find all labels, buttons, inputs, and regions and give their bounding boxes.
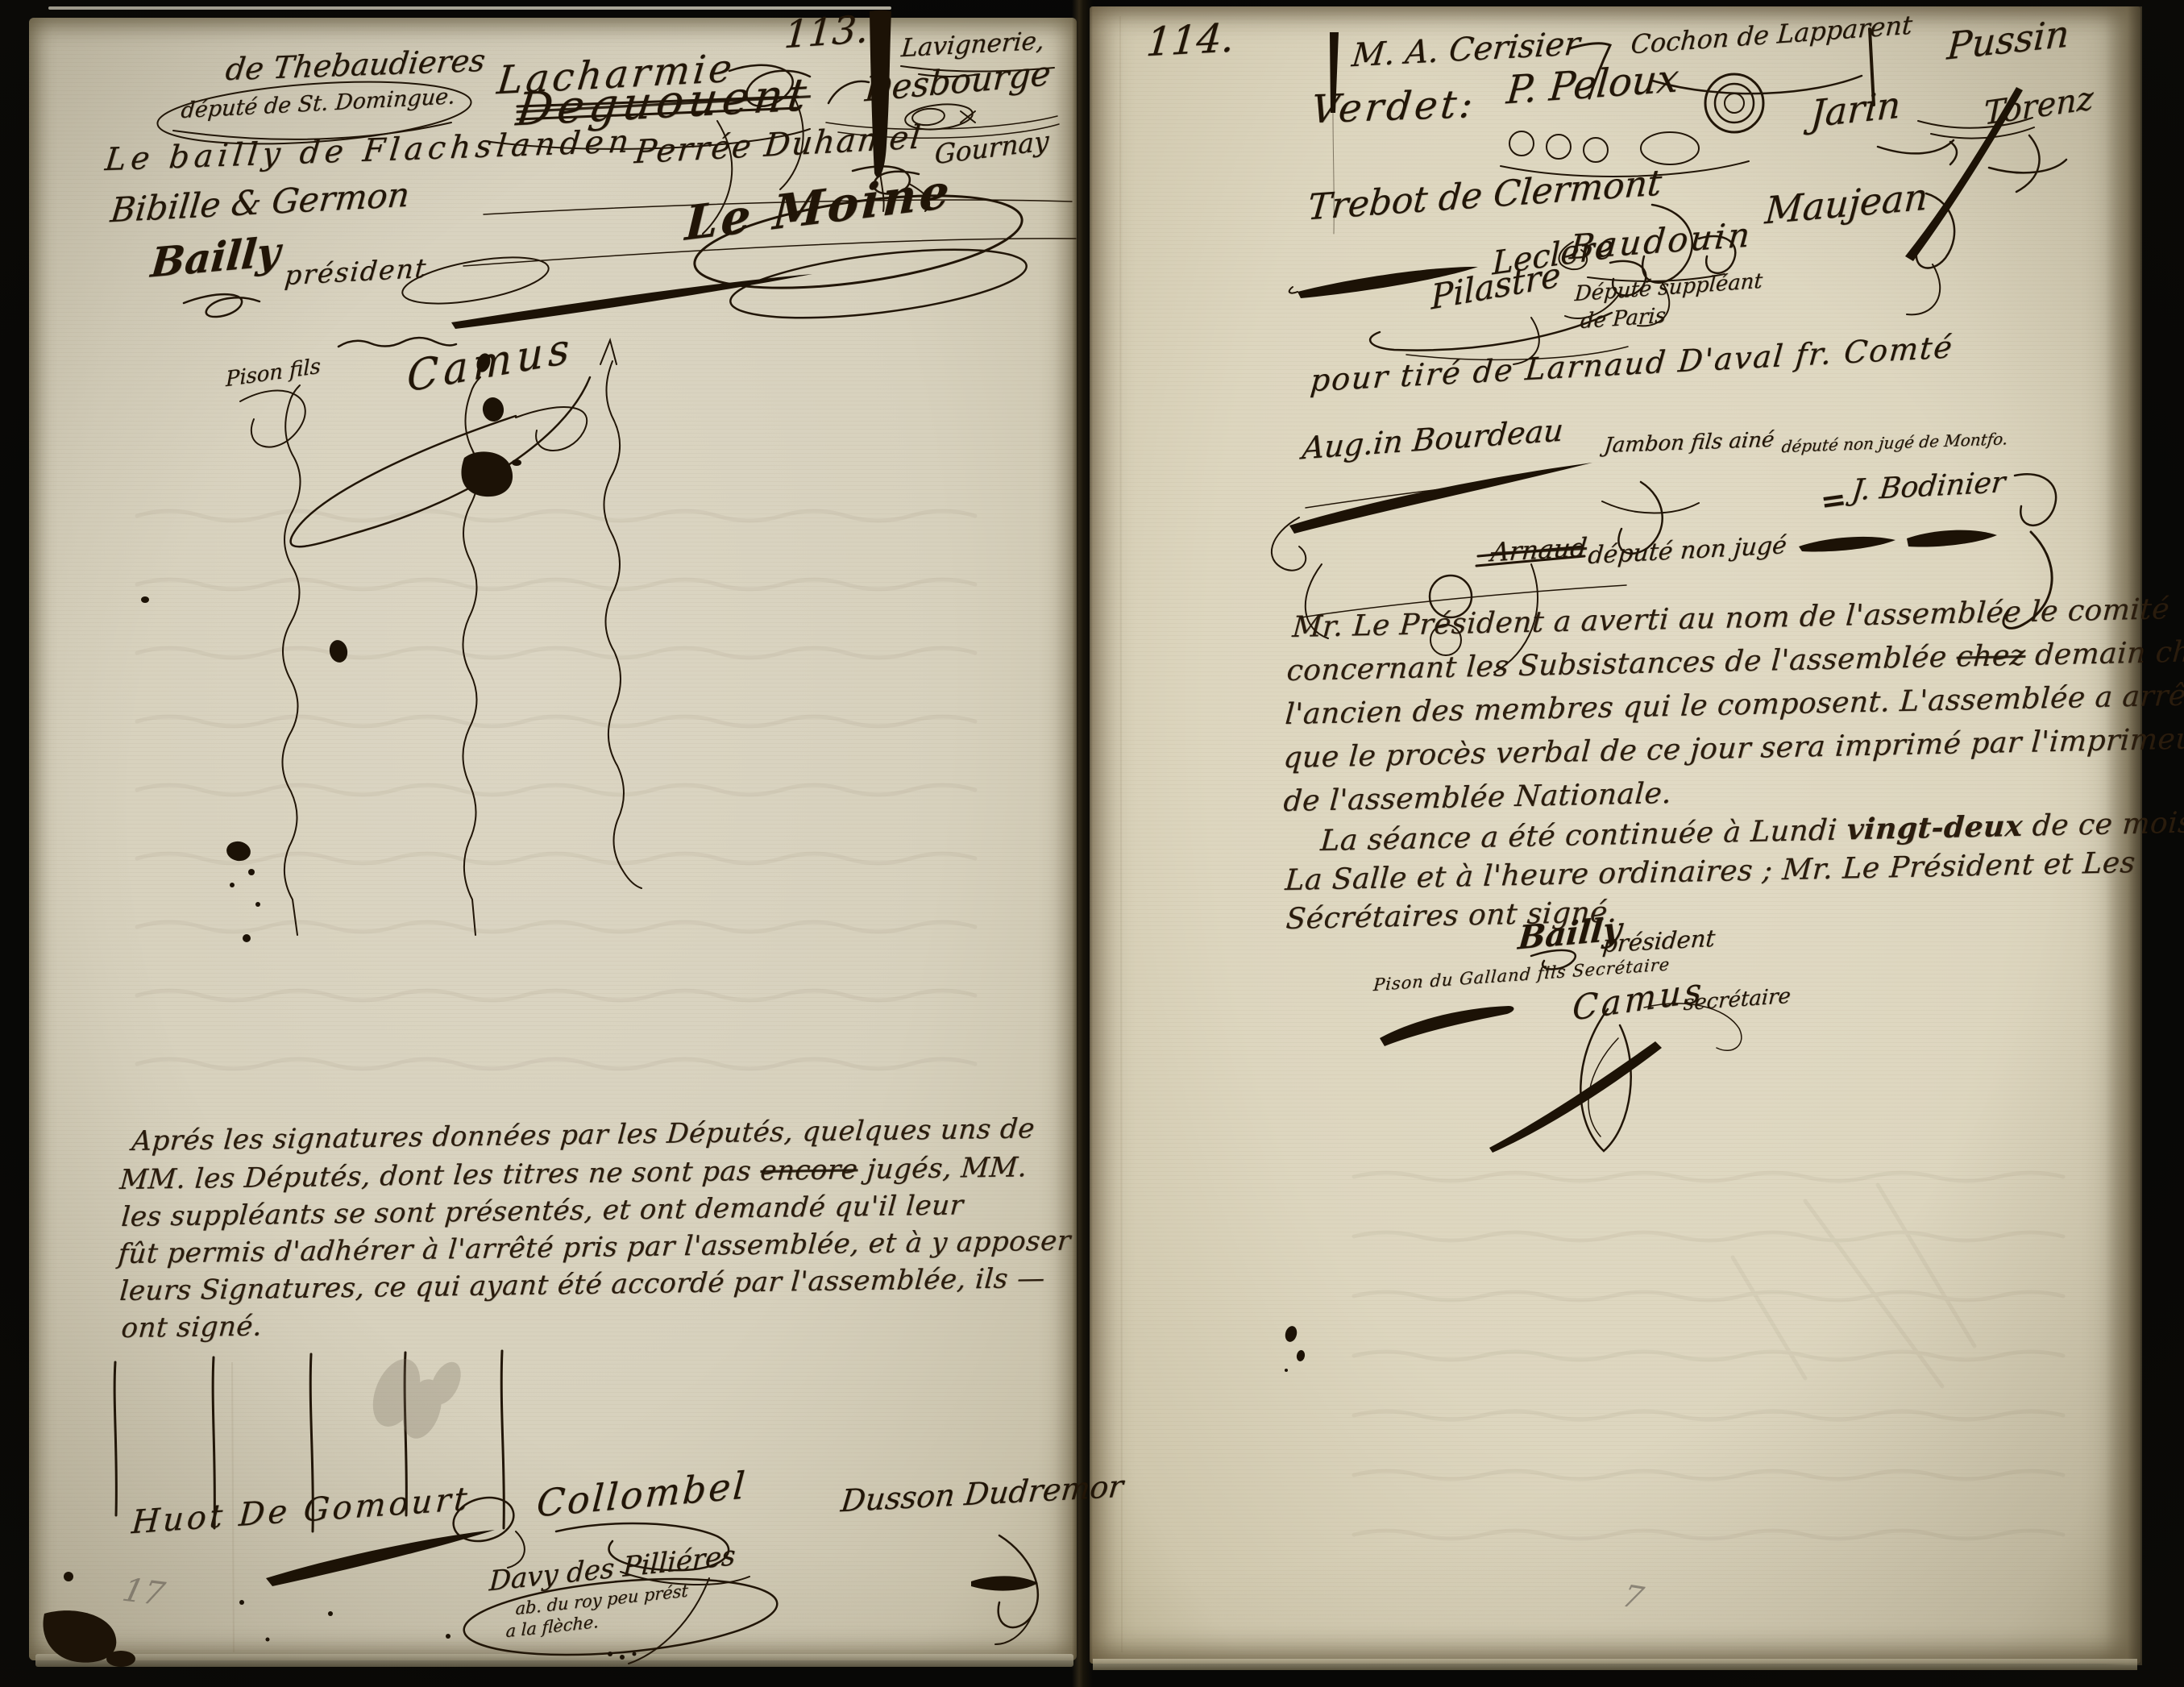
manuscript-spread: 113. de Thebaudieres député de St. Domin… [0,0,2184,1687]
left-folio-pencil: 17 [119,1572,168,1613]
left-paragraph-line6: ont signé. [120,1311,264,1344]
right-page-bottom-edge [1093,1659,2137,1670]
signature-verdet: Verdet: [1309,81,1478,132]
right-page-number: 114. [1144,15,1236,65]
signature-bodinier-mark: = [1818,480,1849,520]
left-page-bottom-edge [35,1654,1073,1667]
signature-arnaud-struck: Arnaud [1489,532,1588,568]
right-line6-bold-word: vingt-deux [1846,809,2024,847]
right-line6b: de ce mois en [2031,805,2184,842]
right-line2b: demain chez [2034,635,2184,672]
left-line2b: jugés, MM. [866,1151,1028,1186]
left-page-number: 113. [783,7,870,58]
book-gutter [1072,0,1093,1687]
left-line2-struck-word: encore [759,1153,859,1187]
right-line2-struck-word: chez [1955,639,2026,674]
top-page-edge-highlight [48,6,891,10]
